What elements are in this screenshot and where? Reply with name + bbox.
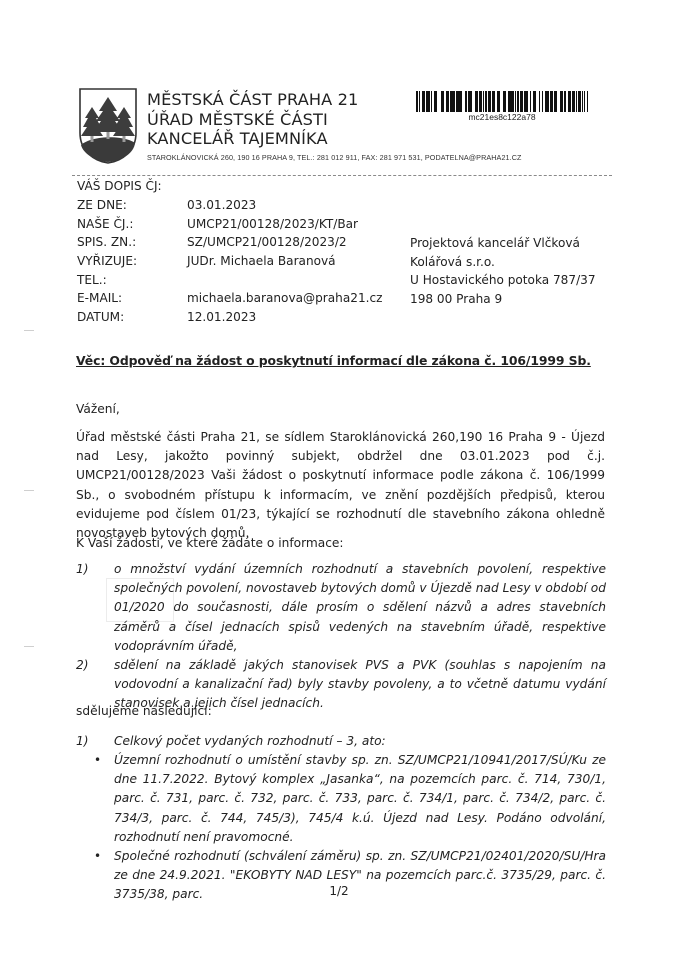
recipient-address: Projektová kancelář VlčkováKolářová s.r.… (410, 234, 596, 309)
reference-row: VÁŠ DOPIS ČJ: (77, 177, 382, 196)
list-item-text: o množství vydání územních rozhodnutí a … (114, 560, 606, 656)
reference-value: JUDr. Michaela Baranová (187, 254, 336, 268)
request-list: 1)o množství vydání územních rozhodnutí … (76, 560, 606, 714)
intro-paragraph: Úřad městské části Praha 21, se sídlem S… (76, 428, 605, 543)
reference-value: 03.01.2023 (187, 198, 256, 212)
reference-label: DATUM: (77, 310, 187, 324)
list-marker: 1) (76, 732, 114, 751)
answer-intro: sdělujeme následující: (76, 704, 212, 718)
bullet-text: Územní rozhodnutí o umístění stavby sp. … (114, 751, 606, 847)
reference-label: E-MAIL: (77, 291, 187, 305)
org-address: STAROKLÁNOVICKÁ 260, 190 16 PRAHA 9, TEL… (147, 153, 522, 162)
margin-mark (24, 646, 34, 647)
reference-value: UMCP21/00128/2023/KT/Bar (187, 217, 358, 231)
reference-value: SZ/UMCP21/00128/2023/2 (187, 235, 347, 249)
list-item: 1)o množství vydání územních rozhodnutí … (76, 560, 606, 656)
header-divider (72, 175, 612, 176)
list-item: 1)Celkový počet vydaných rozhodnutí – 3,… (76, 732, 606, 751)
reference-block: VÁŠ DOPIS ČJ:ZE DNE:03.01.2023NAŠE ČJ.:U… (77, 177, 382, 327)
answer-list: 1)Celkový počet vydaných rozhodnutí – 3,… (76, 732, 606, 751)
bullet-icon: • (94, 751, 114, 847)
list-item-text: Celkový počet vydaných rozhodnutí – 3, a… (114, 732, 606, 751)
reference-row: NAŠE ČJ.:UMCP21/00128/2023/KT/Bar (77, 214, 382, 233)
subject-line: Věc: Odpověď na žádost o poskytnutí info… (76, 353, 591, 368)
reference-value: 12.01.2023 (187, 310, 256, 324)
reference-label: VÁŠ DOPIS ČJ: (77, 179, 187, 193)
recipient-line: 198 00 Praha 9 (410, 290, 596, 309)
bullet-item: •Územní rozhodnutí o umístění stavby sp.… (94, 751, 606, 847)
recipient-line: U Hostavického potoka 787/37 (410, 271, 596, 290)
reference-label: NAŠE ČJ.: (77, 217, 187, 231)
list-marker: 1) (76, 560, 114, 656)
recipient-line: Kolářová s.r.o. (410, 253, 596, 272)
margin-mark (24, 490, 34, 491)
reference-label: TEL.: (77, 273, 187, 287)
reference-row: E-MAIL:michaela.baranova@praha21.cz (77, 289, 382, 308)
reference-row: DATUM:12.01.2023 (77, 308, 382, 327)
page-number: 1/2 (0, 884, 678, 898)
greeting: Vážení, (76, 402, 120, 416)
coat-of-arms-icon (78, 87, 138, 165)
reference-value: michaela.baranova@praha21.cz (187, 291, 382, 305)
barcode-text: mc21es8c122a78 (416, 112, 588, 122)
reference-label: ZE DNE: (77, 198, 187, 212)
answer-bullet-list: •Územní rozhodnutí o umístění stavby sp.… (94, 751, 606, 905)
reference-label: SPIS. ZN.: (77, 235, 187, 249)
reference-row: ZE DNE:03.01.2023 (77, 196, 382, 215)
barcode (416, 91, 588, 112)
org-department-line: KANCELÁŘ TAJEMNÍKA (147, 129, 522, 149)
reference-row: SPIS. ZN.:SZ/UMCP21/00128/2023/2 (77, 233, 382, 252)
reference-label: VYŘIZUJE: (77, 254, 187, 268)
reference-row: VYŘIZUJE:JUDr. Michaela Baranová (77, 252, 382, 271)
recipient-line: Projektová kancelář Vlčková (410, 234, 596, 253)
reference-row: TEL.: (77, 270, 382, 289)
margin-mark (24, 330, 34, 331)
request-intro: K Vaší žádosti, ve které žádáte o inform… (76, 536, 344, 550)
